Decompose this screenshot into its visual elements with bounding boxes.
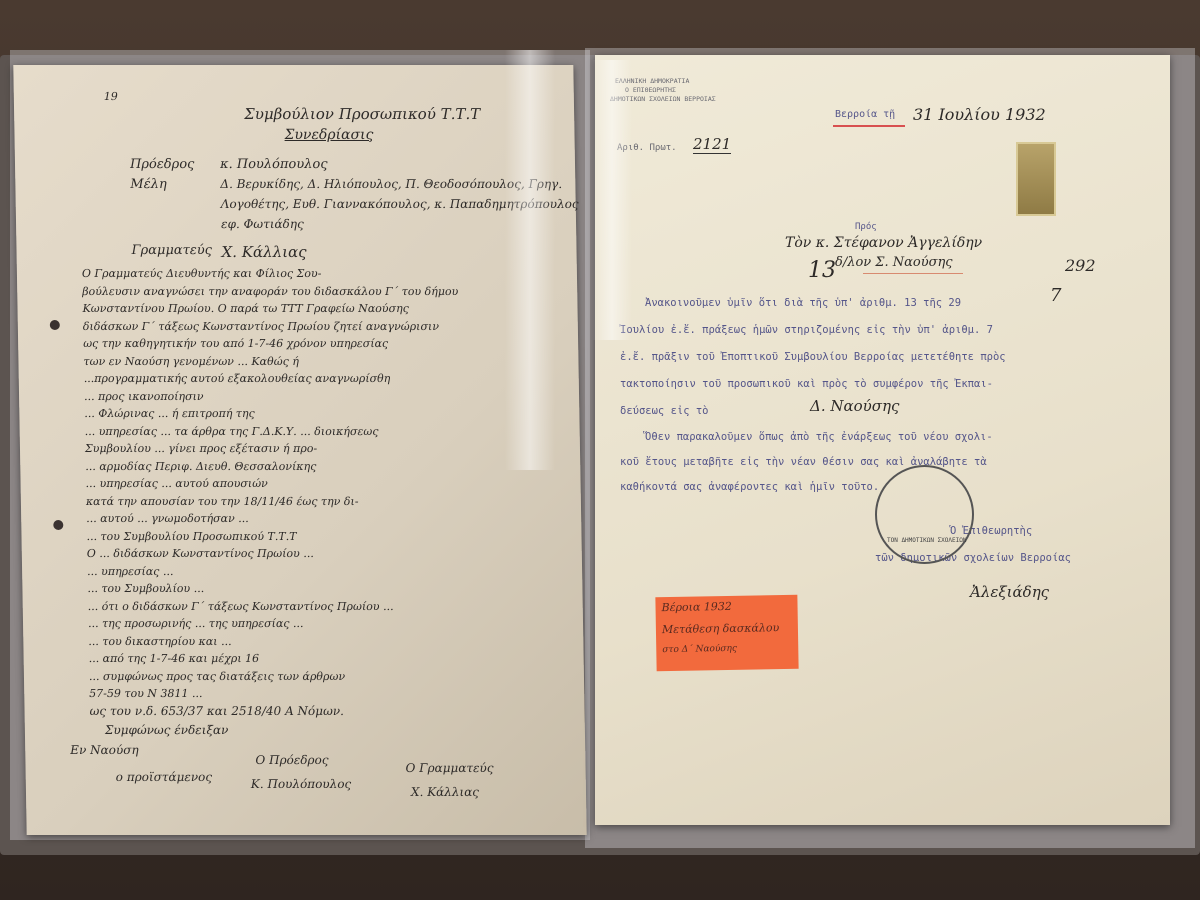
handwritten-number: 292: [1065, 256, 1096, 275]
body-line: ... Φλώρινας ... ή επιτροπή της: [84, 405, 564, 423]
body-line: ... συμφώνως προς τας διατάξεις των άρθρ…: [89, 668, 569, 686]
recipient-prefix: Πρός: [855, 222, 877, 232]
sticky-line: στο Δ΄ Ναούσης: [662, 644, 737, 655]
page-number: 19: [104, 90, 118, 103]
body-line: ... της προσωρινής ... της υπηρεσίας ...: [88, 615, 568, 633]
punch-hole: [50, 320, 60, 330]
body-line: κοῦ ἔτους μεταβῆτε εἰς τὴν νέαν θέσιν σα…: [620, 450, 1140, 475]
body-line: ως του ν.δ. 653/37 και 2518/40 Α Νόμων.: [89, 703, 569, 721]
body-line: Κωνσταντίνου Πρωίου. Ο παρά τω ΤΤΤ Γραφε…: [82, 300, 562, 318]
body-line: κατά την απουσίαν του την 18/11/46 έως τ…: [86, 493, 566, 511]
body-line: ως την καθηγητικήν του από 1-7-46 χρόνον…: [83, 335, 563, 353]
body-line: ... υπηρεσίας ... αυτού απουσιών: [85, 475, 565, 493]
body-line: βούλευσιν αναγνώσει την αναφοράν του διδ…: [82, 283, 562, 301]
typed-body: Ἀνακοινοῦμεν ὑμῖν ὅτι διὰ τῆς ὑπ' ἀριθμ.…: [620, 290, 1140, 500]
left-document: 19 Συμβούλιον Προσωπικού Τ.Τ.Τ Συνεδρίασ…: [13, 65, 586, 835]
body-line: ... αρμοδίας Περιφ. Διευθ. Θεσσαλονίκης: [85, 458, 565, 476]
signature-name: Χ. Κάλλιας: [411, 785, 479, 799]
body-line: ἐ.ἔ. πρᾶξιν τοῦ Ἐποπτικοῦ Συμβουλίου Βερ…: [620, 344, 1140, 371]
body-line: ... προς ικανοποίησιν: [84, 388, 564, 406]
body-line: ... αυτού ... γνωμοδοτήσαν ...: [86, 510, 566, 528]
body-line: ... του δικαστηρίου και ...: [88, 633, 568, 651]
signature-role: Ο Πρόεδρος: [255, 753, 328, 767]
closing-text: Συμφώνως ένδειξαν: [105, 723, 229, 737]
body-line: διδάσκων Γ΄ τάξεως Κωνσταντίνος Πρωίου ζ…: [83, 318, 563, 336]
body-line: 57-59 του Ν 3811 ...: [89, 685, 569, 703]
stamp-text: ΤΟΝ ΔΗΜΟΤΙΚΩΝ ΣΧΟΛΕΙΩΝ: [887, 537, 966, 544]
fiscal-stamp-icon: [1016, 142, 1056, 216]
members-line: εφ. Φωτιάδης: [221, 217, 304, 231]
body-line: ... υπηρεσίας ... τα άρθρα της Γ.Δ.Κ.Υ. …: [85, 423, 565, 441]
protocol-number: 2121: [693, 135, 731, 154]
body-line: ... υπηρεσίας ...: [87, 563, 567, 581]
body-line: ... από της 1-7-46 και μέχρι 16: [88, 650, 568, 668]
body-line: Συμβουλίου ... γίνει προς εξέτασιν ή προ…: [85, 440, 565, 458]
body-line: ... του Συμβουλίου Προσωπικού Τ.Τ.Τ: [86, 528, 566, 546]
document-subtitle: Συνεδρίασις: [284, 127, 373, 143]
recipient-name: Τὸν κ. Στέφανον Ἀγγελίδην: [785, 235, 982, 251]
right-document: ΕΛΛΗΝΙΚΗ ΔΗΜΟΚΡΑΤΙΑ Ο ΕΠΙΘΕΩΡΗΤΗΣ ΔΗΜΟΤΙ…: [595, 55, 1170, 825]
president-label: Πρόεδρος: [130, 157, 195, 172]
sticky-line: Βέροια 1932: [661, 600, 732, 614]
secretary-name: Χ. Κάλλιας: [221, 243, 306, 261]
body-line: Ο ... διδάσκων Κωνσταντίνος Πρωίου ...: [87, 545, 567, 563]
ink-stamp-icon: ΤΟΝ ΔΗΜΟΤΙΚΩΝ ΣΧΟΛΕΙΩΝ: [875, 465, 974, 564]
plastic-glare: [505, 50, 555, 470]
handwritten-number: 13: [808, 258, 836, 283]
handwritten-school: Δ. Ναούσης: [810, 397, 899, 415]
signature-role: Ο Γραμματεύς: [405, 761, 493, 775]
handwritten-number: 7: [1050, 285, 1061, 306]
plastic-glare: [592, 60, 632, 340]
signature-role: ο προϊστάμενος: [116, 770, 213, 784]
body-line: ...προγραμματικής αυτού εξακολουθείας αν…: [84, 370, 564, 388]
president-name: κ. Πουλόπουλος: [220, 157, 328, 172]
red-underline: [833, 125, 905, 127]
body-line: Ὅθεν παρακαλοῦμεν ὅπως ἀπὸ τῆς ἐνάρξεως …: [620, 425, 1140, 450]
body-line: τακτοποίησιν τοῦ προσωπικοῦ καὶ πρὸς τὸ …: [620, 371, 1140, 398]
signature-name: Κ. Πουλόπουλος: [251, 777, 352, 791]
punch-hole: [53, 520, 63, 530]
place-text: Εν Ναούση: [70, 743, 139, 757]
sticky-line: Μετάθεση δασκάλου: [662, 621, 780, 636]
body-line: ... ότι ο διδάσκων Γ΄ τάξεως Κωνσταντίνο…: [88, 598, 568, 616]
body-line: των εν Ναούση γενομένων ... Καθώς ή: [83, 353, 563, 371]
members-label: Μέλη: [130, 177, 167, 192]
letterhead-line: Ο ΕΠΙΘΕΩΡΗΤΗΣ: [625, 86, 676, 94]
secretary-label: Γραμματεύς: [131, 243, 212, 258]
document-title: Συμβούλιον Προσωπικού Τ.Τ.Τ: [244, 105, 480, 123]
body-line: Ἰουλίου ἐ.ἔ. πράξεως ἡμῶν στηριζομένης ε…: [620, 317, 1140, 344]
red-underline: [863, 273, 963, 274]
date-place: Βερροία τῇ: [835, 109, 895, 120]
recipient-school: δ/λον Σ. Ναούσης: [835, 255, 953, 270]
signature: Ἀλεξιάδης: [970, 583, 1049, 601]
sticky-note: Βέροια 1932 Μετάθεση δασκάλου στο Δ΄ Ναο…: [655, 595, 798, 671]
letter-date: 31 Ιουλίου 1932: [913, 105, 1046, 124]
body-line: Ἀνακοινοῦμεν ὑμῖν ὅτι διὰ τῆς ὑπ' ἀριθμ.…: [620, 290, 1140, 317]
body-line: Ο Γραμματεύς Διευθυντής και Φίλιος Σου-: [82, 265, 562, 283]
handwritten-body: Ο Γραμματεύς Διευθυντής και Φίλιος Σου- …: [82, 265, 570, 720]
body-line: ... του Συμβουλίου ...: [87, 580, 567, 598]
